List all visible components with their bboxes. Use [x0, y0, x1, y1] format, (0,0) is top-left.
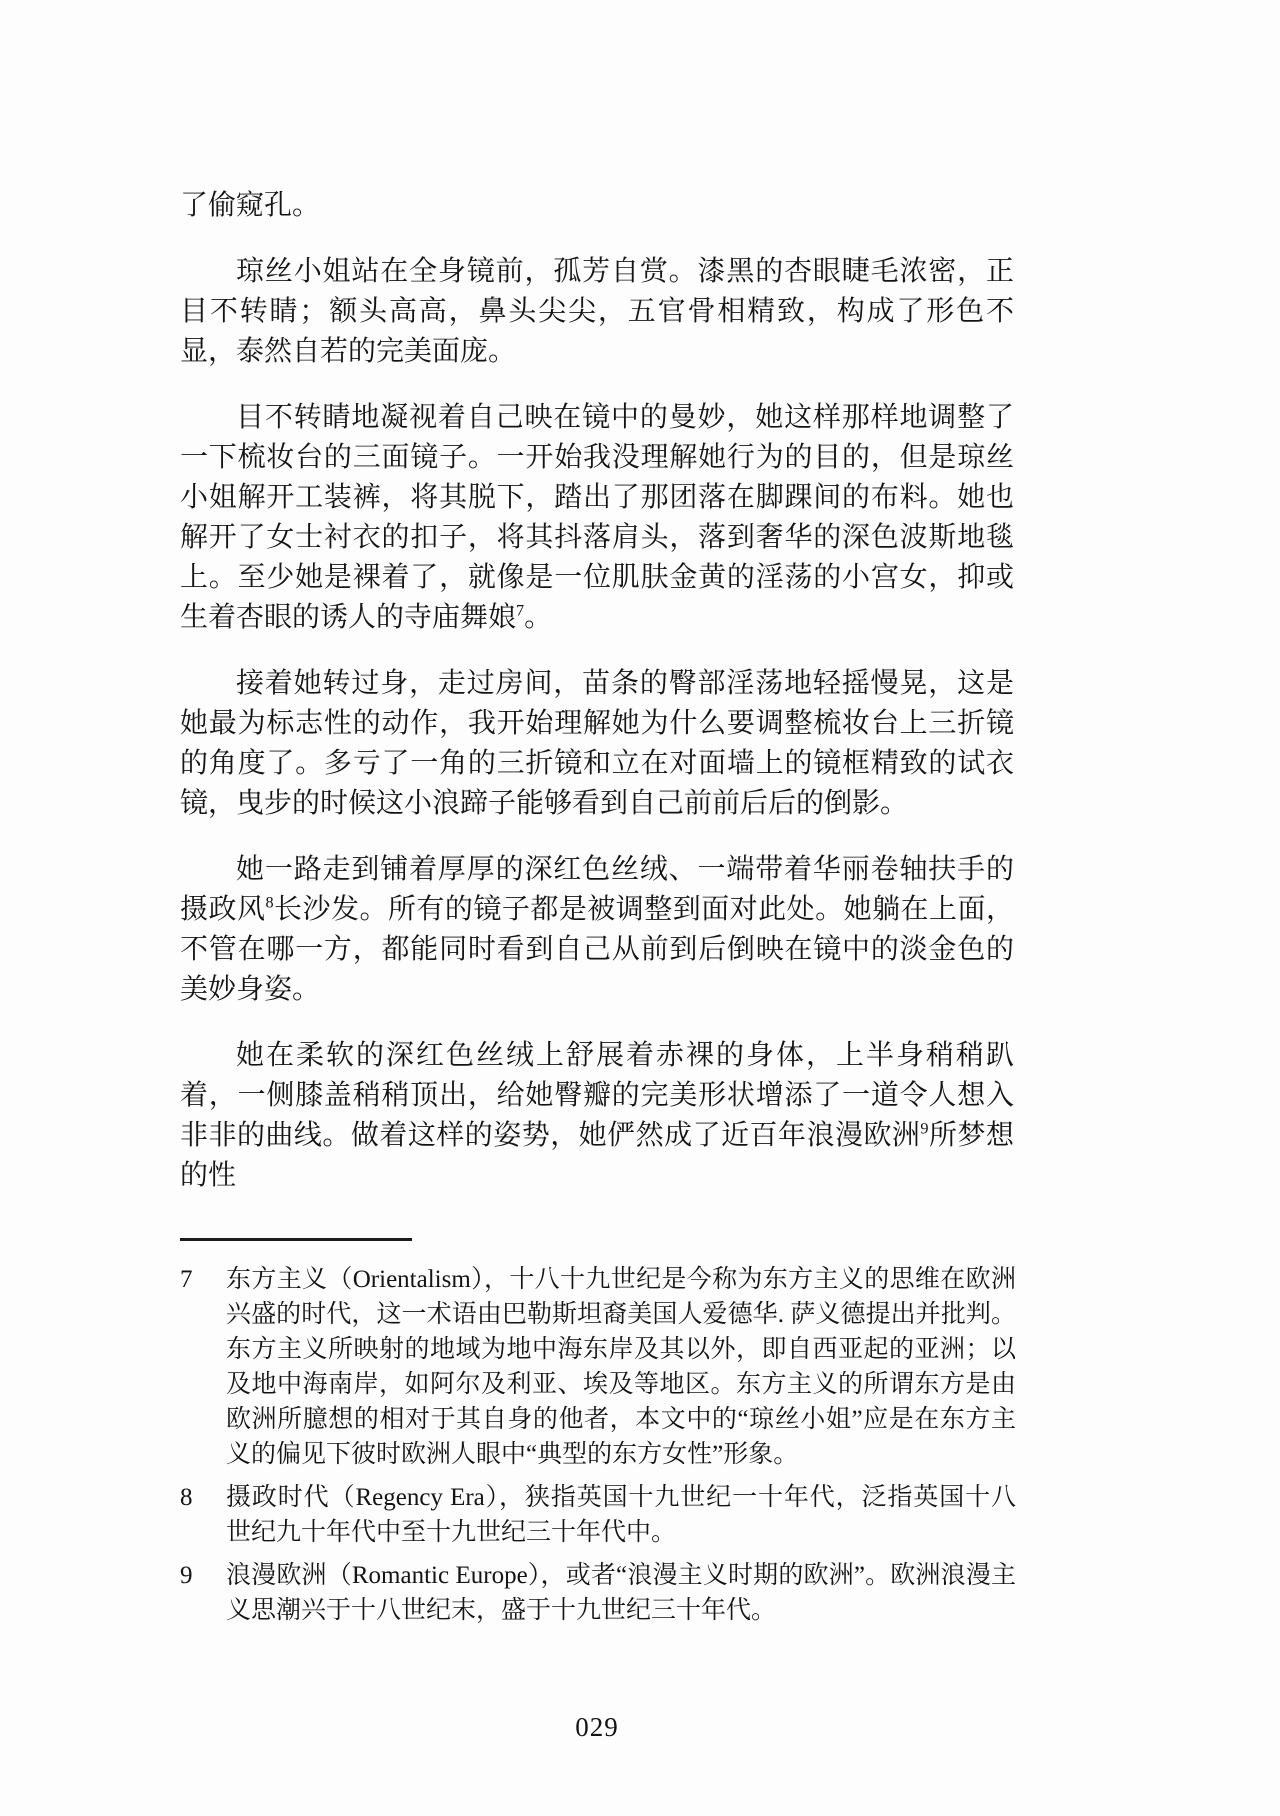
paragraph: 她在柔软的深红色丝绒上舒展着赤裸的身体，上半身稍稍趴着，一侧膝盖稍稍顶出，给她臀…	[180, 1036, 1014, 1196]
paragraph: 她一路走到铺着厚厚的深红色丝绒、一端带着华丽卷轴扶手的摄政风8长沙发。所有的镜子…	[180, 850, 1014, 1010]
book-page: 了偷窥孔。 琼丝小姐站在全身镜前，孤芳自赏。漆黑的杏眼睫毛浓密，正目不转睛；额头…	[0, 0, 1280, 1816]
footnote-item: 8 摄政时代（Regency Era），狭指英国十九世纪一十年代，泛指英国十八世…	[180, 1480, 1016, 1550]
paragraph-text: 长沙发。所有的镜子都是被调整到面对此处。她躺在上面，不管在哪一方，都能同时看到自…	[180, 894, 1014, 1005]
paragraph: 接着她转过身，走过房间，苗条的臀部淫荡地轻摇慢晃，这是她最为标志性的动作，我开始…	[180, 664, 1014, 824]
page-number: 029	[180, 1712, 1014, 1743]
paragraph-text: 。	[524, 602, 552, 633]
paragraph-text: 接着她转过身，走过房间，苗条的臀部淫荡地轻摇慢晃，这是她最为标志性的动作，我开始…	[180, 668, 1014, 819]
footnote-text: 浪漫欧洲（Romantic Europe），或者“浪漫主义时期的欧洲”。欧洲浪漫…	[226, 1558, 1016, 1628]
footnote-text: 东方主义（Orientalism），十八十九世纪是今称为东方主义的思维在欧洲兴盛…	[226, 1262, 1016, 1472]
footnote-item: 7 东方主义（Orientalism），十八十九世纪是今称为东方主义的思维在欧洲…	[180, 1262, 1016, 1472]
paragraph-text: 她在柔软的深红色丝绒上舒展着赤裸的身体，上半身稍稍趴着，一侧膝盖稍稍顶出，给她臀…	[180, 1040, 1014, 1151]
footnote-number: 7	[180, 1262, 226, 1472]
footnote-text: 摄政时代（Regency Era），狭指英国十九世纪一十年代，泛指英国十八世纪九…	[226, 1480, 1016, 1550]
body-text: 了偷窥孔。 琼丝小姐站在全身镜前，孤芳自赏。漆黑的杏眼睫毛浓密，正目不转睛；额头…	[180, 186, 1014, 1222]
paragraph-text: 目不转睛地凝视着自己映在镜中的曼妙，她这样那样地调整了一下梳妆台的三面镜子。一开…	[180, 402, 1014, 633]
footnote-ref: 7	[516, 602, 524, 620]
paragraph-text: 了偷窥孔。	[180, 190, 320, 221]
footnote-number: 8	[180, 1480, 226, 1550]
footnote-ref: 8	[265, 894, 273, 912]
paragraph: 琼丝小姐站在全身镜前，孤芳自赏。漆黑的杏眼睫毛浓密，正目不转睛；额头高高，鼻头尖…	[180, 252, 1014, 372]
paragraph: 了偷窥孔。	[180, 186, 1014, 226]
paragraph-text: 琼丝小姐站在全身镜前，孤芳自赏。漆黑的杏眼睫毛浓密，正目不转睛；额头高高，鼻头尖…	[180, 256, 1014, 367]
footnote-ref: 9	[920, 1120, 928, 1138]
footnote-number: 9	[180, 1558, 226, 1628]
paragraph: 目不转睛地凝视着自己映在镜中的曼妙，她这样那样地调整了一下梳妆台的三面镜子。一开…	[180, 398, 1014, 638]
footnote-item: 9 浪漫欧洲（Romantic Europe），或者“浪漫主义时期的欧洲”。欧洲…	[180, 1558, 1016, 1628]
footnote-separator	[180, 1238, 412, 1241]
footnote-list: 7 东方主义（Orientalism），十八十九世纪是今称为东方主义的思维在欧洲…	[180, 1262, 1016, 1636]
